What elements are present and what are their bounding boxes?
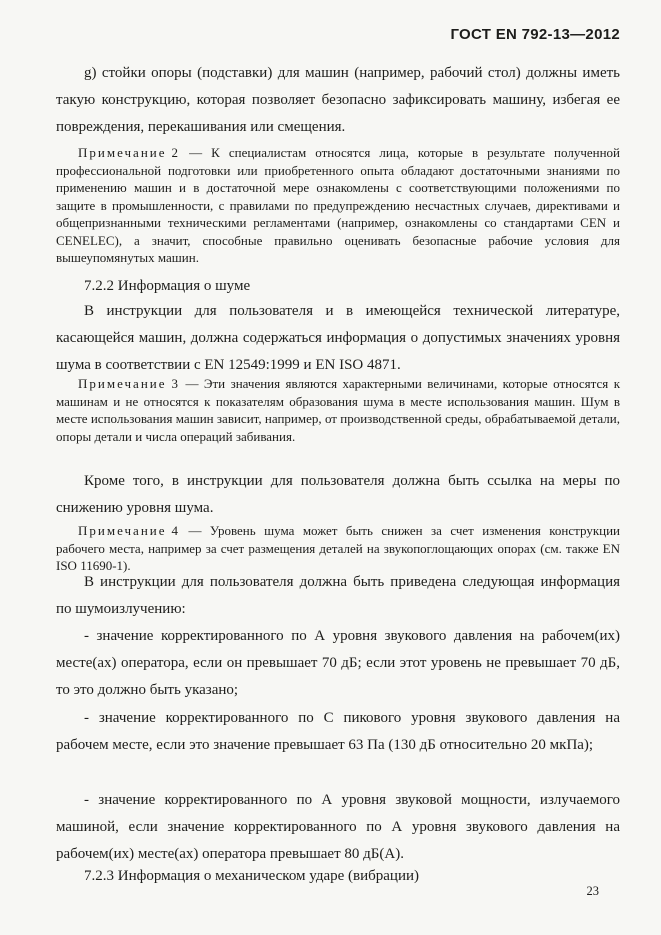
section-heading-7-2-3: 7.2.3 Информация о механическом ударе (в… [56, 864, 620, 888]
page-header: ГОСТ EN 792-13—2012 [56, 26, 620, 43]
list-item-g: g) стойки опоры (подставки) для машин (н… [56, 60, 620, 141]
note-2: Примечание2 — К специалистам относятся л… [56, 144, 620, 267]
paragraph-noise-emission-intro: В инструкции для пользователя должна быт… [56, 569, 620, 623]
document-page: ГОСТ EN 792-13—2012 g) стойки опоры (под… [0, 0, 661, 935]
note-4-label: Примечание [78, 523, 167, 538]
bullet-sound-pressure-a: - значение корректированного по А уровня… [56, 623, 620, 704]
note-3-number: 3 [167, 376, 179, 391]
note-4: Примечание4 — Уровень шума может быть сн… [56, 522, 620, 575]
paragraph-noise-info: В инструкции для пользователя и в имеюще… [56, 298, 620, 379]
note-2-text: — К специалистам относятся лица, которые… [56, 145, 620, 265]
note-3-label: Примечание [78, 376, 167, 391]
bullet-sound-power-a: - значение корректированного по А уровня… [56, 787, 620, 868]
paragraph-noise-reduction: Кроме того, в инструкции для пользовател… [56, 468, 620, 522]
page-number: 23 [587, 884, 600, 899]
document-number: ГОСТ EN 792-13—2012 [450, 26, 620, 43]
note-3: Примечание3 — Эти значения являются хара… [56, 375, 620, 445]
note-2-label: Примечание [78, 145, 167, 160]
note-2-number: 2 [167, 145, 179, 160]
bullet-sound-pressure-c-peak: - значение корректированного по С пиково… [56, 705, 620, 759]
note-4-number: 4 [167, 523, 179, 538]
section-heading-7-2-2: 7.2.2 Информация о шуме [56, 274, 620, 298]
